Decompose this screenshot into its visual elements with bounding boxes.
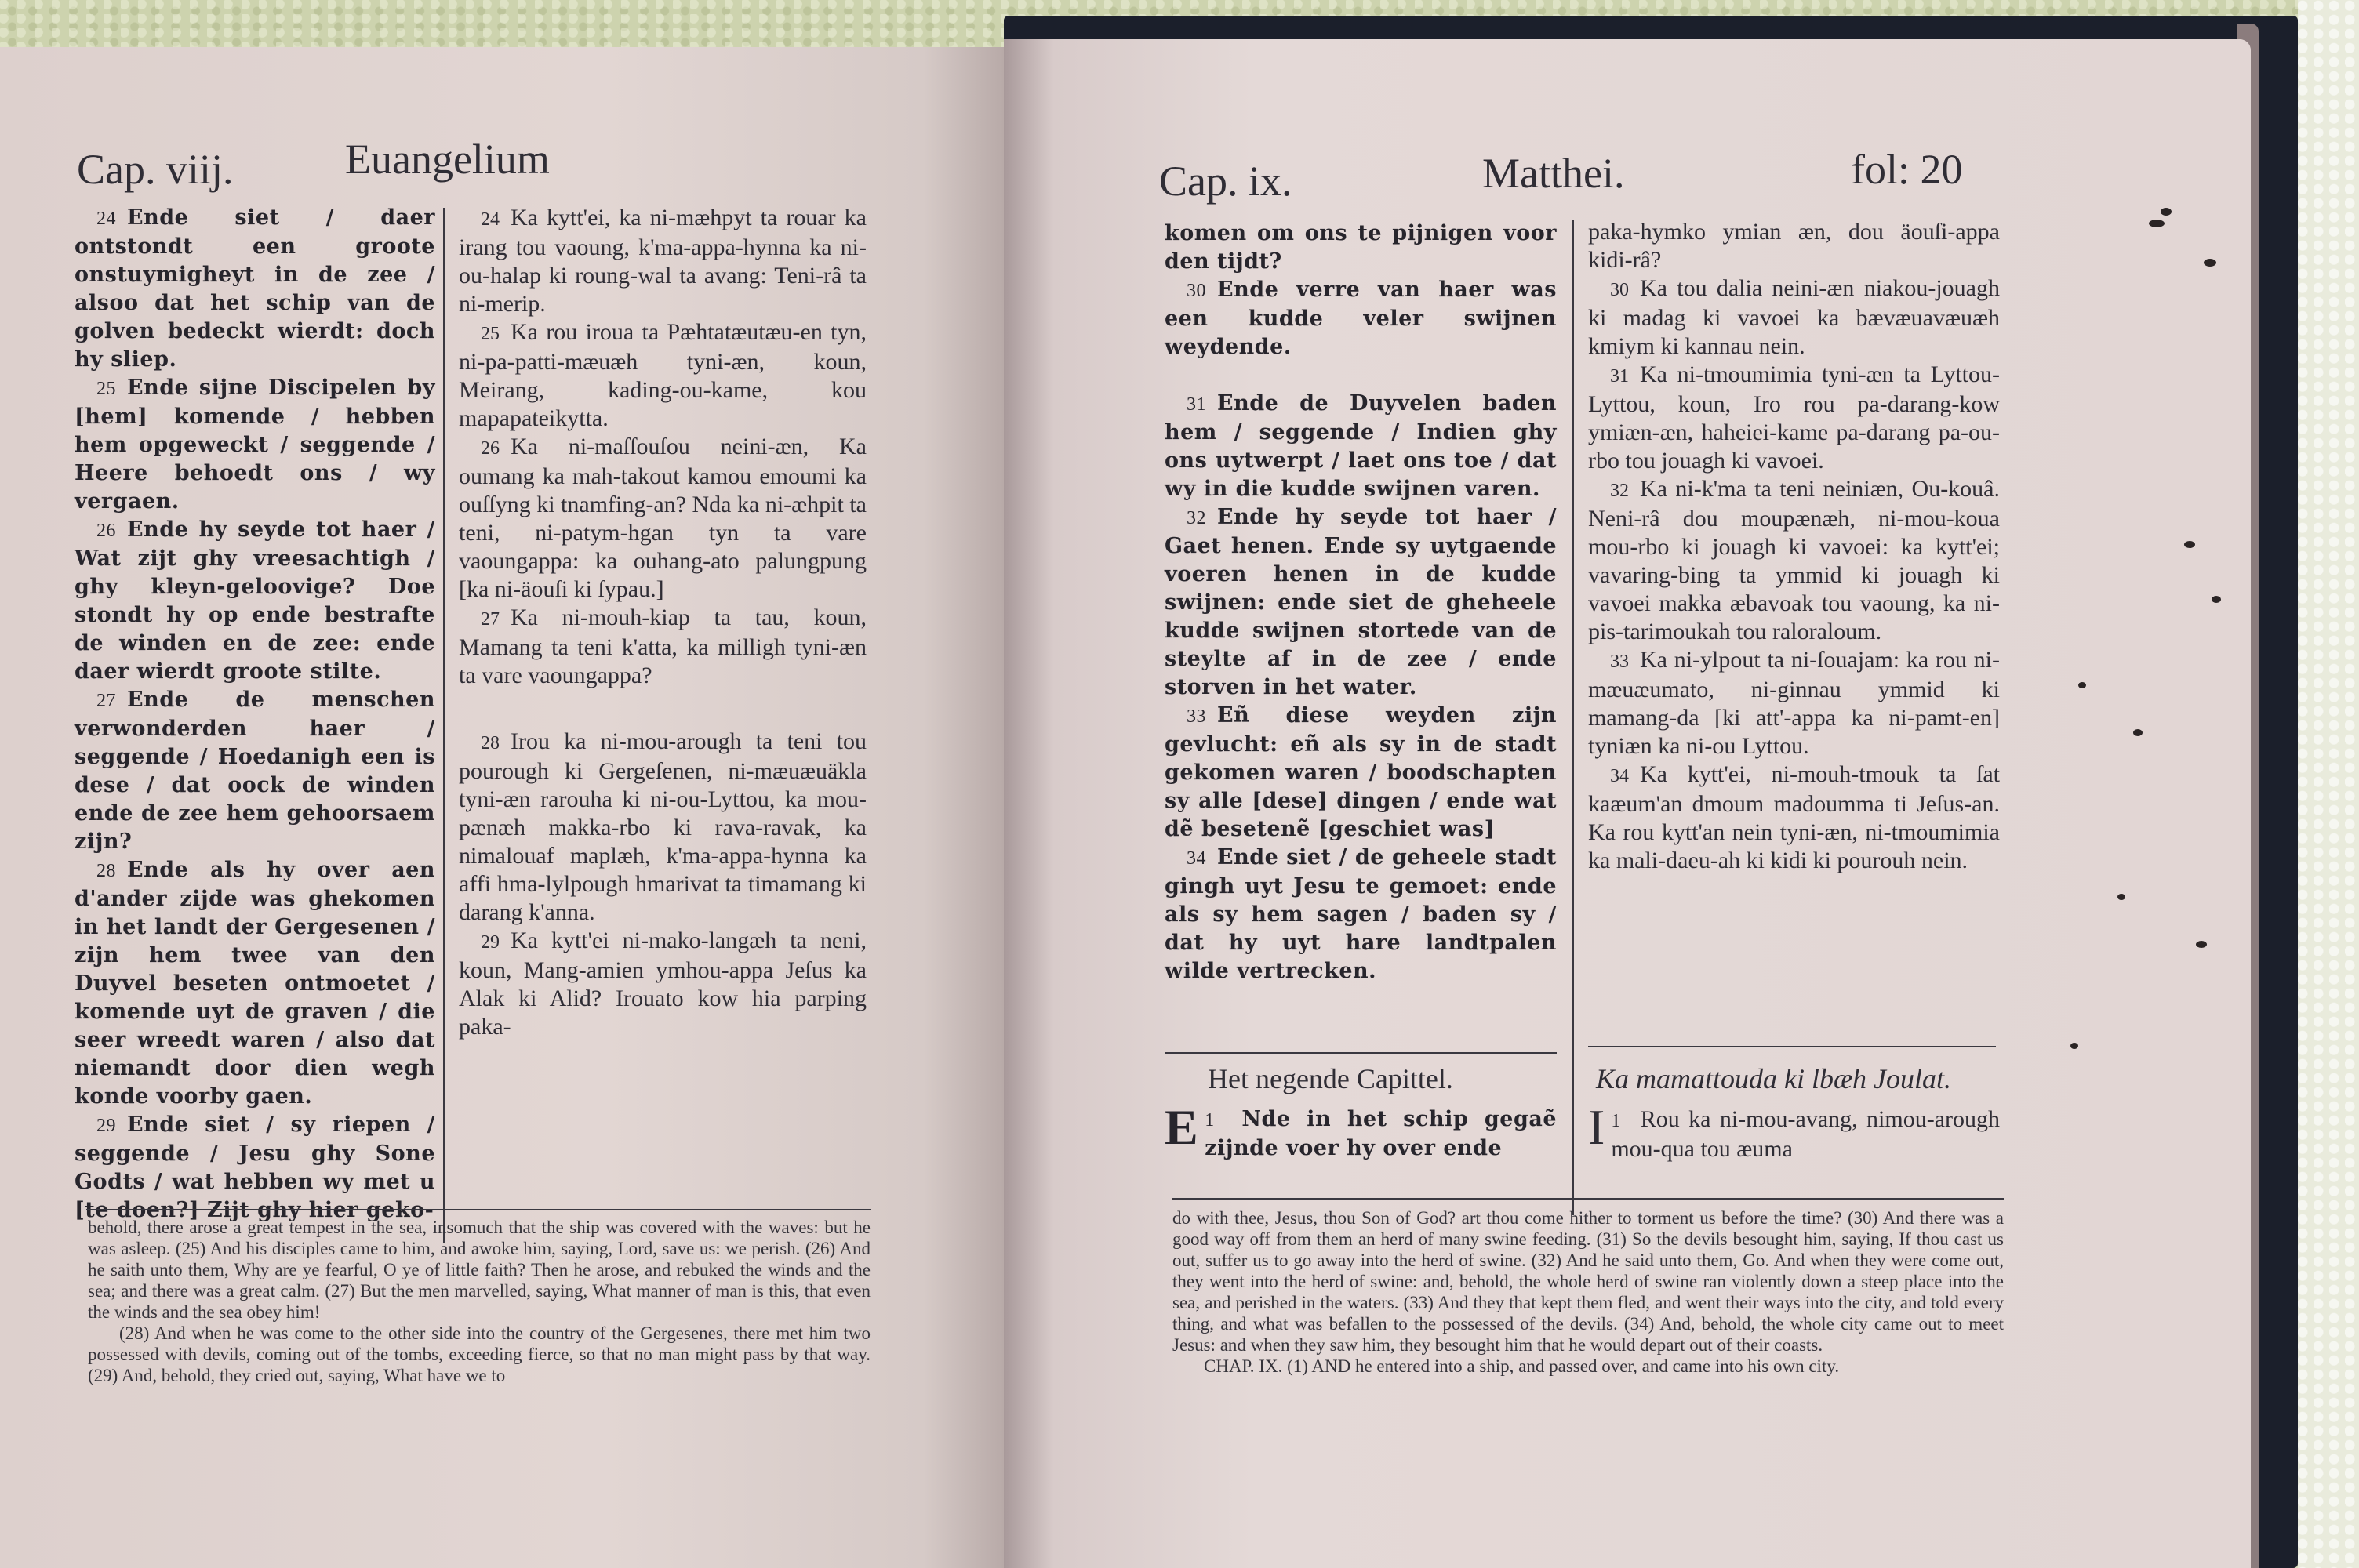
verse: paka-hymko ymian æn, dou äouſi-appa kidi… (1588, 218, 2000, 274)
verse-number: 27 (96, 691, 116, 711)
verse-number: 30 (1610, 280, 1629, 300)
verse-text: Eñ diese weyden zijn gevlucht: eñ als sy… (1165, 703, 1557, 841)
verse: 33Eñ diese weyden zijn gevlucht: eñ als … (1165, 702, 1557, 844)
verse: 33Ka ni-ylpout ta ni-ſouajam: ka rou ni-… (1588, 646, 2000, 760)
verse: 32Ende hy seyde tot haer / Gaet henen. E… (1165, 503, 1557, 702)
verse: 26Ende hy seyde tot haer / Wat zijt ghy … (75, 516, 435, 686)
right-english-footnote: do with thee, Jesus, thou Son of God? ar… (1172, 1207, 2004, 1377)
verse: 27Ka ni-mouh-kiap ta tau, koun, Mamang t… (459, 604, 867, 690)
verse-number: 1 (1205, 1110, 1215, 1131)
verse-text: Ende siet / daer ontstondt een groote on… (75, 205, 435, 372)
verse-text: Ende de Duyvelen baden hem / seggende / … (1165, 391, 1557, 501)
verse-number: 33 (1610, 652, 1629, 672)
footnote-paragraph: behold, there arose a great tempest in t… (88, 1217, 871, 1323)
footnote-paragraph: CHAP. IX. (1) AND he entered into a ship… (1172, 1356, 2004, 1377)
verse: 28Irou ka ni-mou-arough ta teni tou pour… (459, 728, 867, 927)
dutch-chapter-verse: 1 E Nde in het schip gegaẽ zijnde voer h… (1165, 1105, 1557, 1163)
column-divider (443, 208, 445, 1243)
verse-number: 31 (1610, 366, 1629, 387)
verse-number: 32 (1187, 508, 1206, 528)
verse-text: Ka ni-tmoumimia tyni-æn ta Lyttou-Lyttou… (1588, 361, 2000, 474)
verse: 34Ka kytt'ei, ni-mouh-tmouk ta ſat kaæum… (1588, 760, 2000, 875)
ink-spot (2133, 729, 2143, 736)
left-page: Cap. viij. Euangelium 24Ende siet / daer… (0, 47, 1004, 1568)
chapter-label: CHAP. IX. (1204, 1356, 1282, 1376)
right-dutch-column: komen om ons te pijnigen voor den tijdt?… (1165, 220, 1557, 985)
verse-text: Ka rou iroua ta Pæhtatæutæu-en tyn, ni-p… (459, 319, 867, 431)
ink-spot (2078, 682, 2086, 688)
verse: 30Ka tou dalia neini-æn niakou-jouagh ki… (1588, 274, 2000, 361)
verse-text: Ende als hy over aen d'ander zijde was g… (75, 858, 435, 1109)
verse-text: Irou ka ni-mou-arough ta teni tou pourou… (459, 728, 867, 925)
verse: 25Ka rou iroua ta Pæhtatæutæu-en tyn, ni… (459, 318, 867, 433)
left-formosan-column: 24Ka kytt'ei, ka ni-mæhpyt ta rouar ka i… (459, 204, 867, 1041)
verse-number: 29 (481, 932, 500, 953)
verse-number: 28 (481, 733, 500, 753)
verse-number: 25 (96, 379, 116, 399)
ink-spot (2204, 259, 2216, 267)
verse-number: 27 (481, 609, 500, 630)
verse: 24Ende siet / daer ontstondt een groote … (75, 204, 435, 374)
ink-spot (2184, 541, 2195, 548)
verse: 28Ende als hy over aen d'ander zijde was… (75, 856, 435, 1111)
verse: 29Ka kytt'ei ni-mako-langæh ta neni, kou… (459, 927, 867, 1041)
verse-number: 29 (96, 1116, 116, 1136)
verse-text: Nde in het schip gegaẽ zijnde voer hy ov… (1205, 1107, 1557, 1160)
drop-cap: I (1588, 1105, 1605, 1149)
verse-number: 32 (1610, 481, 1629, 501)
verse: 25Ende sijne Discipelen by [hem] komende… (75, 374, 435, 516)
verse: 30Ende verre van haer was een kudde vele… (1165, 276, 1557, 361)
verse-text: Ende hy seyde tot haer / Gaet henen. End… (1165, 505, 1557, 699)
ink-spot (2070, 1043, 2078, 1049)
folio-number: fol: 20 (1851, 145, 1963, 194)
verse-number: 30 (1187, 281, 1206, 301)
verse-text: Ka tou dalia neini-æn niakou-jouagh ki m… (1588, 275, 2000, 359)
verse-text: Ende de menschen verwonderden haer / seg… (75, 688, 435, 854)
right-formosan-column: paka-hymko ymian æn, dou äouſi-appa kidi… (1588, 218, 2000, 875)
verse: 31Ende de Duyvelen baden hem / seggende … (1165, 390, 1557, 503)
ink-spot (2117, 894, 2125, 900)
background-fabric-right (2298, 0, 2359, 1568)
verse: 24Ka kytt'ei, ka ni-mæhpyt ta rouar ka i… (459, 204, 867, 318)
footnote-text: (1) AND he entered into a ship, and pass… (1287, 1356, 1839, 1376)
left-english-footnote: behold, there arose a great tempest in t… (88, 1217, 871, 1386)
footnote-rule (1172, 1198, 2004, 1200)
running-head-chapter: Cap. ix. (1159, 157, 1292, 205)
column-divider (1572, 220, 1574, 1215)
verse: 26Ka ni-maſſouſou neini-æn, Ka oumang ka… (459, 433, 867, 604)
verse-number: 33 (1187, 706, 1206, 727)
running-head-chapter: Cap. viij. (77, 145, 234, 194)
verse-text: Ka ni-maſſouſou neini-æn, Ka oumang ka m… (459, 434, 867, 602)
chapter-rule (1588, 1046, 1996, 1047)
verse: 32Ka ni-k'ma ta teni neiniæn, Ou-kouâ. N… (1588, 475, 2000, 646)
verse-text: Ka ni-k'ma ta teni neiniæn, Ou-kouâ. Nen… (1588, 476, 2000, 644)
left-dutch-column: 24Ende siet / daer ontstondt een groote … (75, 204, 435, 1225)
verse-text: Rou ka ni-mou-avang, nimou-arough mou-qu… (1611, 1106, 2000, 1162)
footnote-rule (86, 1209, 871, 1210)
verse-text: Ende siet / de geheele stadt gingh uyt J… (1165, 845, 1557, 983)
footnote-paragraph: do with thee, Jesus, thou Son of God? ar… (1172, 1207, 2004, 1356)
dutch-chapter-heading: Het negende Capittel. (1208, 1062, 1453, 1095)
verse-number: 34 (1187, 848, 1206, 869)
verse: 34Ende siet / de geheele stadt gingh uyt… (1165, 844, 1557, 985)
verse-text: Ende verre van haer was een kudde veler … (1165, 278, 1557, 359)
verse-text: Ende sijne Discipelen by [hem] komende /… (75, 376, 435, 514)
verse-text: Ende siet / sy riepen / seggende / Jesu … (75, 1112, 435, 1222)
verse-text: Ka kytt'ei, ka ni-mæhpyt ta rouar ka ira… (459, 205, 867, 317)
verse-number: 1 (1611, 1111, 1620, 1131)
verse-text: Ka ni-mouh-kiap ta tau, koun, Mamang ta … (459, 604, 867, 688)
footnote-paragraph: (28) And when he was come to the other s… (88, 1323, 871, 1386)
running-head-title: Matthei. (1482, 149, 1624, 198)
verse: komen om ons te pijnigen voor den tijdt? (1165, 220, 1557, 276)
ink-spot (2161, 208, 2172, 216)
verse: 29Ende siet / sy riepen / seggende / Jes… (75, 1111, 435, 1225)
formosan-chapter-verse: 1 I Rou ka ni-mou-avang, nimou-arough mo… (1588, 1105, 2000, 1163)
chapter-rule (1165, 1052, 1557, 1054)
verse-text: Ka kytt'ei ni-mako-langæh ta neni, koun,… (459, 927, 867, 1040)
ink-spot (2212, 596, 2221, 603)
verse-number: 26 (481, 438, 500, 459)
running-head-title: Euangelium (345, 135, 550, 183)
verse-text: komen om ons te pijnigen voor den tijdt? (1165, 221, 1557, 274)
verse: 31Ka ni-tmoumimia tyni-æn ta Lyttou-Lytt… (1588, 361, 2000, 475)
verse-number: 34 (1610, 766, 1629, 786)
verse: 27Ende de menschen verwonderden haer / s… (75, 686, 435, 856)
verse-number: 28 (96, 861, 116, 881)
verse-text: paka-hymko ymian æn, dou äouſi-appa kidi… (1588, 219, 2000, 273)
verse-text: Ka ni-ylpout ta ni-ſouajam: ka rou ni-mæ… (1588, 647, 2000, 759)
formosan-chapter-heading: Ka mamattouda ki lbæh Joulat. (1596, 1062, 1951, 1095)
ink-spot (2149, 220, 2165, 227)
verse-number: 25 (481, 324, 500, 344)
ink-spot (2196, 941, 2207, 948)
right-page: Cap. ix. Matthei. fol: 20 komen om ons t… (1004, 39, 2251, 1568)
verse-text: Ka kytt'ei, ni-mouh-tmouk ta ſat kaæum'a… (1588, 761, 2000, 873)
verse-number: 24 (481, 209, 500, 230)
drop-cap: E (1165, 1105, 1198, 1149)
verse-number: 24 (96, 209, 116, 229)
verse-number: 31 (1187, 394, 1206, 415)
verse-number: 26 (96, 521, 116, 541)
verse-text: Ende hy seyde tot haer / Wat zijt ghy vr… (75, 517, 435, 684)
